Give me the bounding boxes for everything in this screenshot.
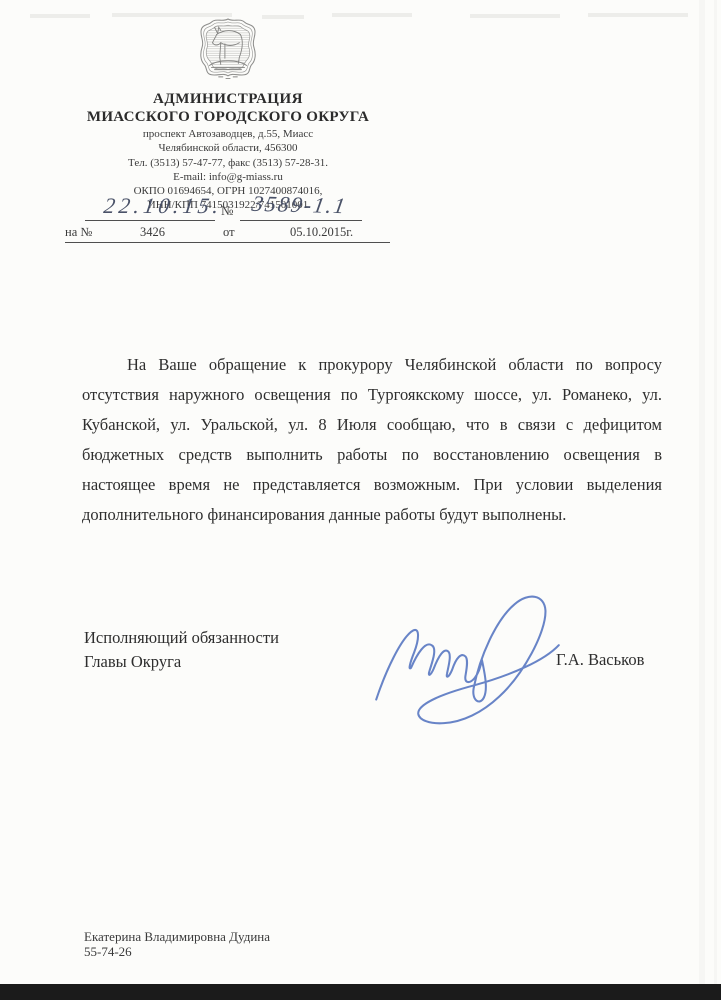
executor-contact: Екатерина Владимировна Дудина 55-74-26 xyxy=(84,929,270,959)
letter-body-paragraph: На Ваше обращение к прокурору Челябинско… xyxy=(82,350,662,530)
incoming-number: 3426 xyxy=(140,225,165,240)
letterhead-address-line: Челябинской области, 456300 xyxy=(38,142,418,154)
letterhead-okpo-ogrn-line: ОКПО 01694654, ОГРН 1027400874016, xyxy=(38,185,418,197)
signer-position-line2: Главы Округа xyxy=(84,650,279,674)
scan-noise-streak xyxy=(470,14,560,18)
miass-coat-of-arms-icon xyxy=(197,15,259,85)
letterhead: АДМИНИСТРАЦИЯ МИАССКОГО ГОРОДСКОГО ОКРУГ… xyxy=(38,15,418,212)
letterhead-phone-line: Тел. (3513) 57-47-77, факс (3513) 57-28-… xyxy=(38,157,418,169)
scanner-edge-band xyxy=(0,984,721,1000)
incoming-reference-line: на № 3426 от 05.10.2015г. xyxy=(65,224,390,243)
reply-to-number-label: на № xyxy=(65,225,92,240)
letterhead-address-line: проспект Автозаводцев, д.55, Миасс xyxy=(38,128,418,140)
signer-position-line1: Исполняющий обязанности xyxy=(84,626,279,650)
scan-noise-streak xyxy=(588,13,688,17)
handwritten-outgoing-number: 3589-1.1 xyxy=(250,191,349,219)
signer-name: Г.А. Васьков xyxy=(556,650,644,670)
executor-name: Екатерина Владимировна Дудина xyxy=(84,929,270,944)
scan-noise-streak xyxy=(699,0,705,984)
signer-position: Исполняющий обязанности Главы Округа xyxy=(84,626,279,674)
from-date-label: от xyxy=(223,225,235,240)
number-sign-label: № xyxy=(221,203,233,219)
organization-name-line2: МИАССКОГО ГОРОДСКОГО ОКРУГА xyxy=(38,109,418,126)
letterhead-email-line: E-mail: info@g-miass.ru xyxy=(38,171,418,183)
handwritten-signature-icon xyxy=(368,588,568,728)
handwritten-outgoing-date: 22.10.15. xyxy=(102,193,224,219)
incoming-date: 05.10.2015г. xyxy=(290,225,353,240)
organization-name-line1: АДМИНИСТРАЦИЯ xyxy=(38,91,418,108)
scan-noise-streak xyxy=(714,0,717,984)
scanned-letter-page: АДМИНИСТРАЦИЯ МИАССКОГО ГОРОДСКОГО ОКРУГ… xyxy=(0,0,721,1000)
executor-phone: 55-74-26 xyxy=(84,944,270,959)
